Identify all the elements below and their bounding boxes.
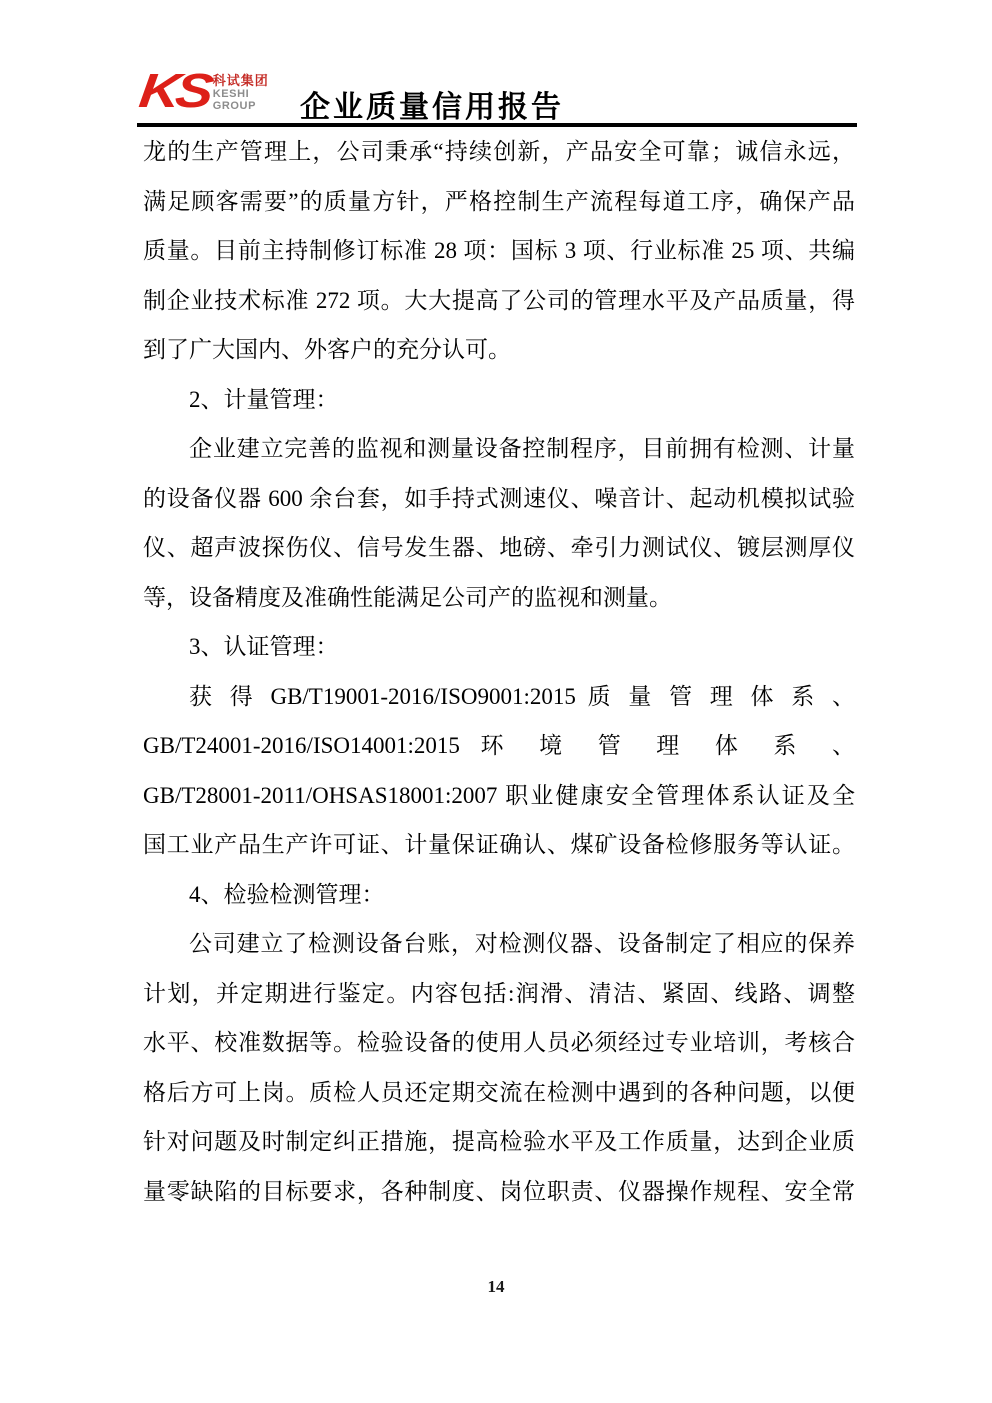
text-line: 格后方可上岗。质检人员还定期交流在检测中遇到的各种问题，以便 [143,1068,855,1118]
text-line: 龙的生产管理上，公司秉承“持续创新，产品安全可靠；诚信永远， [143,127,855,177]
page-header: KS 科试集团 KESHI GROUP 企业质量信用报告 [0,0,992,130]
logo-company-name-en-line2: GROUP [213,100,269,112]
text-line: 的设备仪器 600 余台套，如手持式测速仪、噪音计、起动机模拟试验 [143,474,855,524]
text-line: 水平、校准数据等。检验设备的使用人员必须经过专业培训，考核合 [143,1018,855,1068]
text-line: 到了广大国内、外客户的充分认可。 [143,325,855,375]
keshi-group-logo: KS 科试集团 KESHI GROUP [137,72,269,112]
text-line: 针对问题及时制定纠正措施，提高检验水平及工作质量，达到企业质 [143,1117,855,1167]
logo-company-name-en-line1: KESHI [213,88,269,100]
text-line: 满足顾客需要”的质量方针，严格控制生产流程每道工序，确保产品 [143,177,855,227]
document-title: 企业质量信用报告 [300,82,564,126]
logo-company-name-cn: 科试集团 [213,73,269,88]
page-number: 14 [488,1277,505,1296]
text-line: 仪、超声波探伤仪、信号发生器、地磅、牵引力测试仪、镀层测厚仪 [143,523,855,573]
logo-text-column: 科试集团 KESHI GROUP [213,72,269,112]
text-line: 计划，并定期进行鉴定。内容包括:润滑、清洁、紧固、线路、调整 [143,969,855,1019]
text-line: 企业建立完善的监视和测量设备控制程序，目前拥有检测、计量 [143,424,855,474]
text-line: 国工业产品生产许可证、计量保证确认、煤矿设备检修服务等认证。 [143,820,855,870]
text-line: 等，设备精度及准确性能满足公司产的监视和测量。 [143,573,855,623]
text-line: GB/T24001-2016/ISO14001:2015 环 境 管 理 体 系… [143,721,855,771]
page-footer: 14 [0,1277,992,1297]
document-body: 龙的生产管理上，公司秉承“持续创新，产品安全可靠；诚信永远， 满足顾客需要”的质… [143,127,855,1216]
text-line: GB/T28001-2011/OHSAS18001:2007 职业健康安全管理体… [143,771,855,821]
report-page: KS 科试集团 KESHI GROUP 企业质量信用报告 龙的生产管理上，公司秉… [0,0,992,1403]
text-line: 获 得 GB/T19001-2016/ISO9001:2015 质 量 管 理 … [143,672,855,722]
section-heading-certification: 3、认证管理： [143,622,855,672]
text-line: 量零缺陷的目标要求，各种制度、岗位职责、仪器操作规程、安全常 [143,1167,855,1217]
text-line: 质量。目前主持制修订标准 28 项：国标 3 项、行业标准 25 项、共编 [143,226,855,276]
text-line: 公司建立了检测设备台账，对检测仪器、设备制定了相应的保养 [143,919,855,969]
section-heading-metrology: 2、计量管理： [143,375,855,425]
section-heading-inspection: 4、检验检测管理： [143,870,855,920]
text-line: 制企业技术标准 272 项。大大提高了公司的管理水平及产品质量，得 [143,276,855,326]
ks-logo-monogram: KS [137,72,211,112]
